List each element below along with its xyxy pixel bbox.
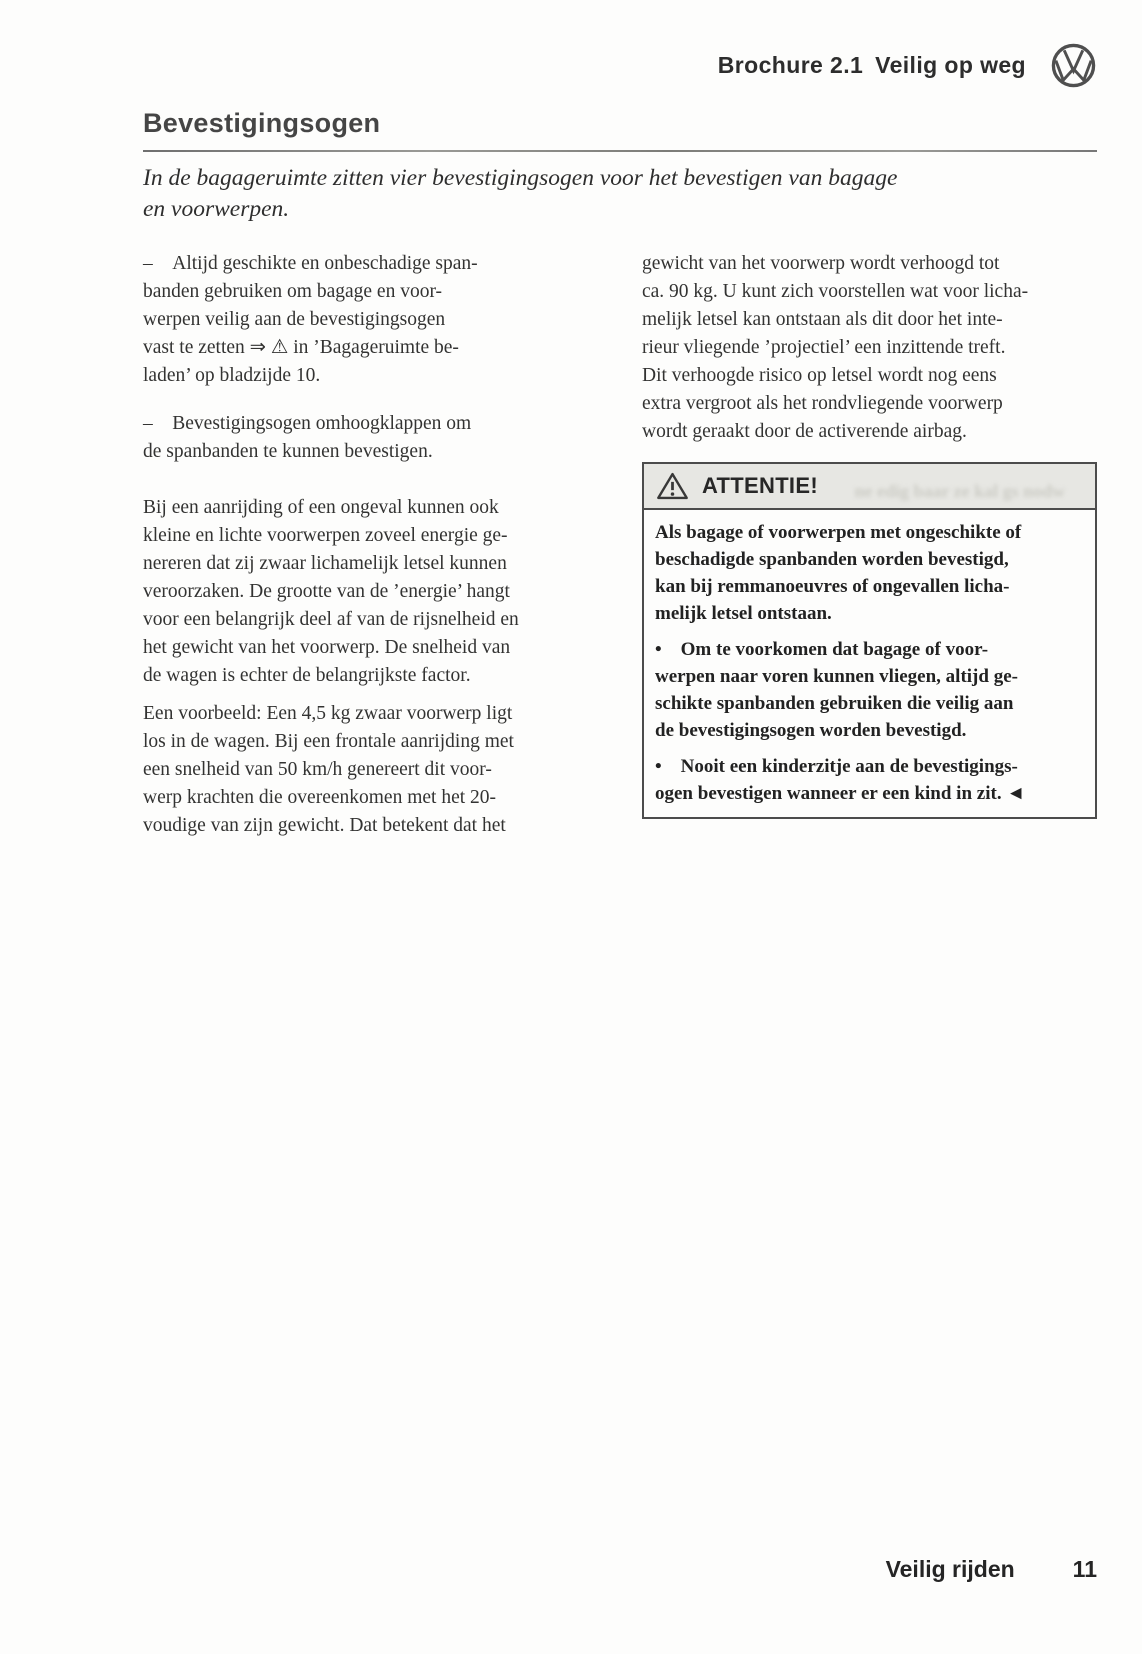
attention-box: ATTENTIE! ne edig baar ze kal gs nodw Al… [642, 462, 1097, 819]
dash-list-item: – Bevestigingsogen omhoogklappen om de s… [143, 410, 577, 466]
body-paragraph: Een voorbeeld: Een 4,5 kg zwaar voorwerp… [143, 700, 577, 840]
attention-lead-text: Als bagage of voorwerpen met ongeschikte… [655, 519, 1084, 627]
attention-bullet-item: • Om te voorkomen dat bagage of voor- we… [655, 636, 1084, 744]
attention-title: ATTENTIE! [702, 472, 818, 500]
two-column-body: – Altijd geschikte en onbeschadige span-… [143, 250, 1097, 850]
scan-bleed-artifact: ne edig baar ze kal gs nodw [854, 477, 1089, 505]
footer-section-label: Veilig rijden [886, 1556, 1015, 1583]
title-underline [143, 150, 1097, 152]
left-column: – Altijd geschikte en onbeschadige span-… [143, 250, 577, 850]
manual-page: Brochure 2.1 Veilig op weg Bevestigingso… [0, 0, 1142, 1654]
page-number: 11 [1073, 1556, 1097, 1583]
page-header: Brochure 2.1 Veilig op weg [143, 42, 1097, 89]
attention-box-header: ATTENTIE! ne edig baar ze kal gs nodw [644, 464, 1095, 510]
section-title: Bevestigingsogen [143, 108, 380, 139]
vw-logo-icon [1050, 42, 1097, 89]
body-paragraph: Bij een aanrijding of een ongeval kunnen… [143, 494, 577, 690]
dash-list-item: – Altijd geschikte en onbeschadige span-… [143, 250, 577, 390]
body-paragraph: gewicht van het voorwerp wordt verhoogd … [642, 250, 1097, 446]
page-footer: Veilig rijden 11 [143, 1556, 1097, 1583]
warning-triangle-icon [656, 471, 689, 501]
section-intro: In de bagageruimte zitten vier bevestigi… [143, 163, 897, 225]
attention-box-body: Als bagage of voorwerpen met ongeschikte… [644, 510, 1095, 817]
attention-bullet-item: • Nooit een kinderzitje aan de bevestigi… [655, 753, 1084, 807]
right-column: gewicht van het voorwerp wordt verhoogd … [642, 250, 1097, 850]
header-title: Brochure 2.1 Veilig op weg [718, 52, 1026, 79]
